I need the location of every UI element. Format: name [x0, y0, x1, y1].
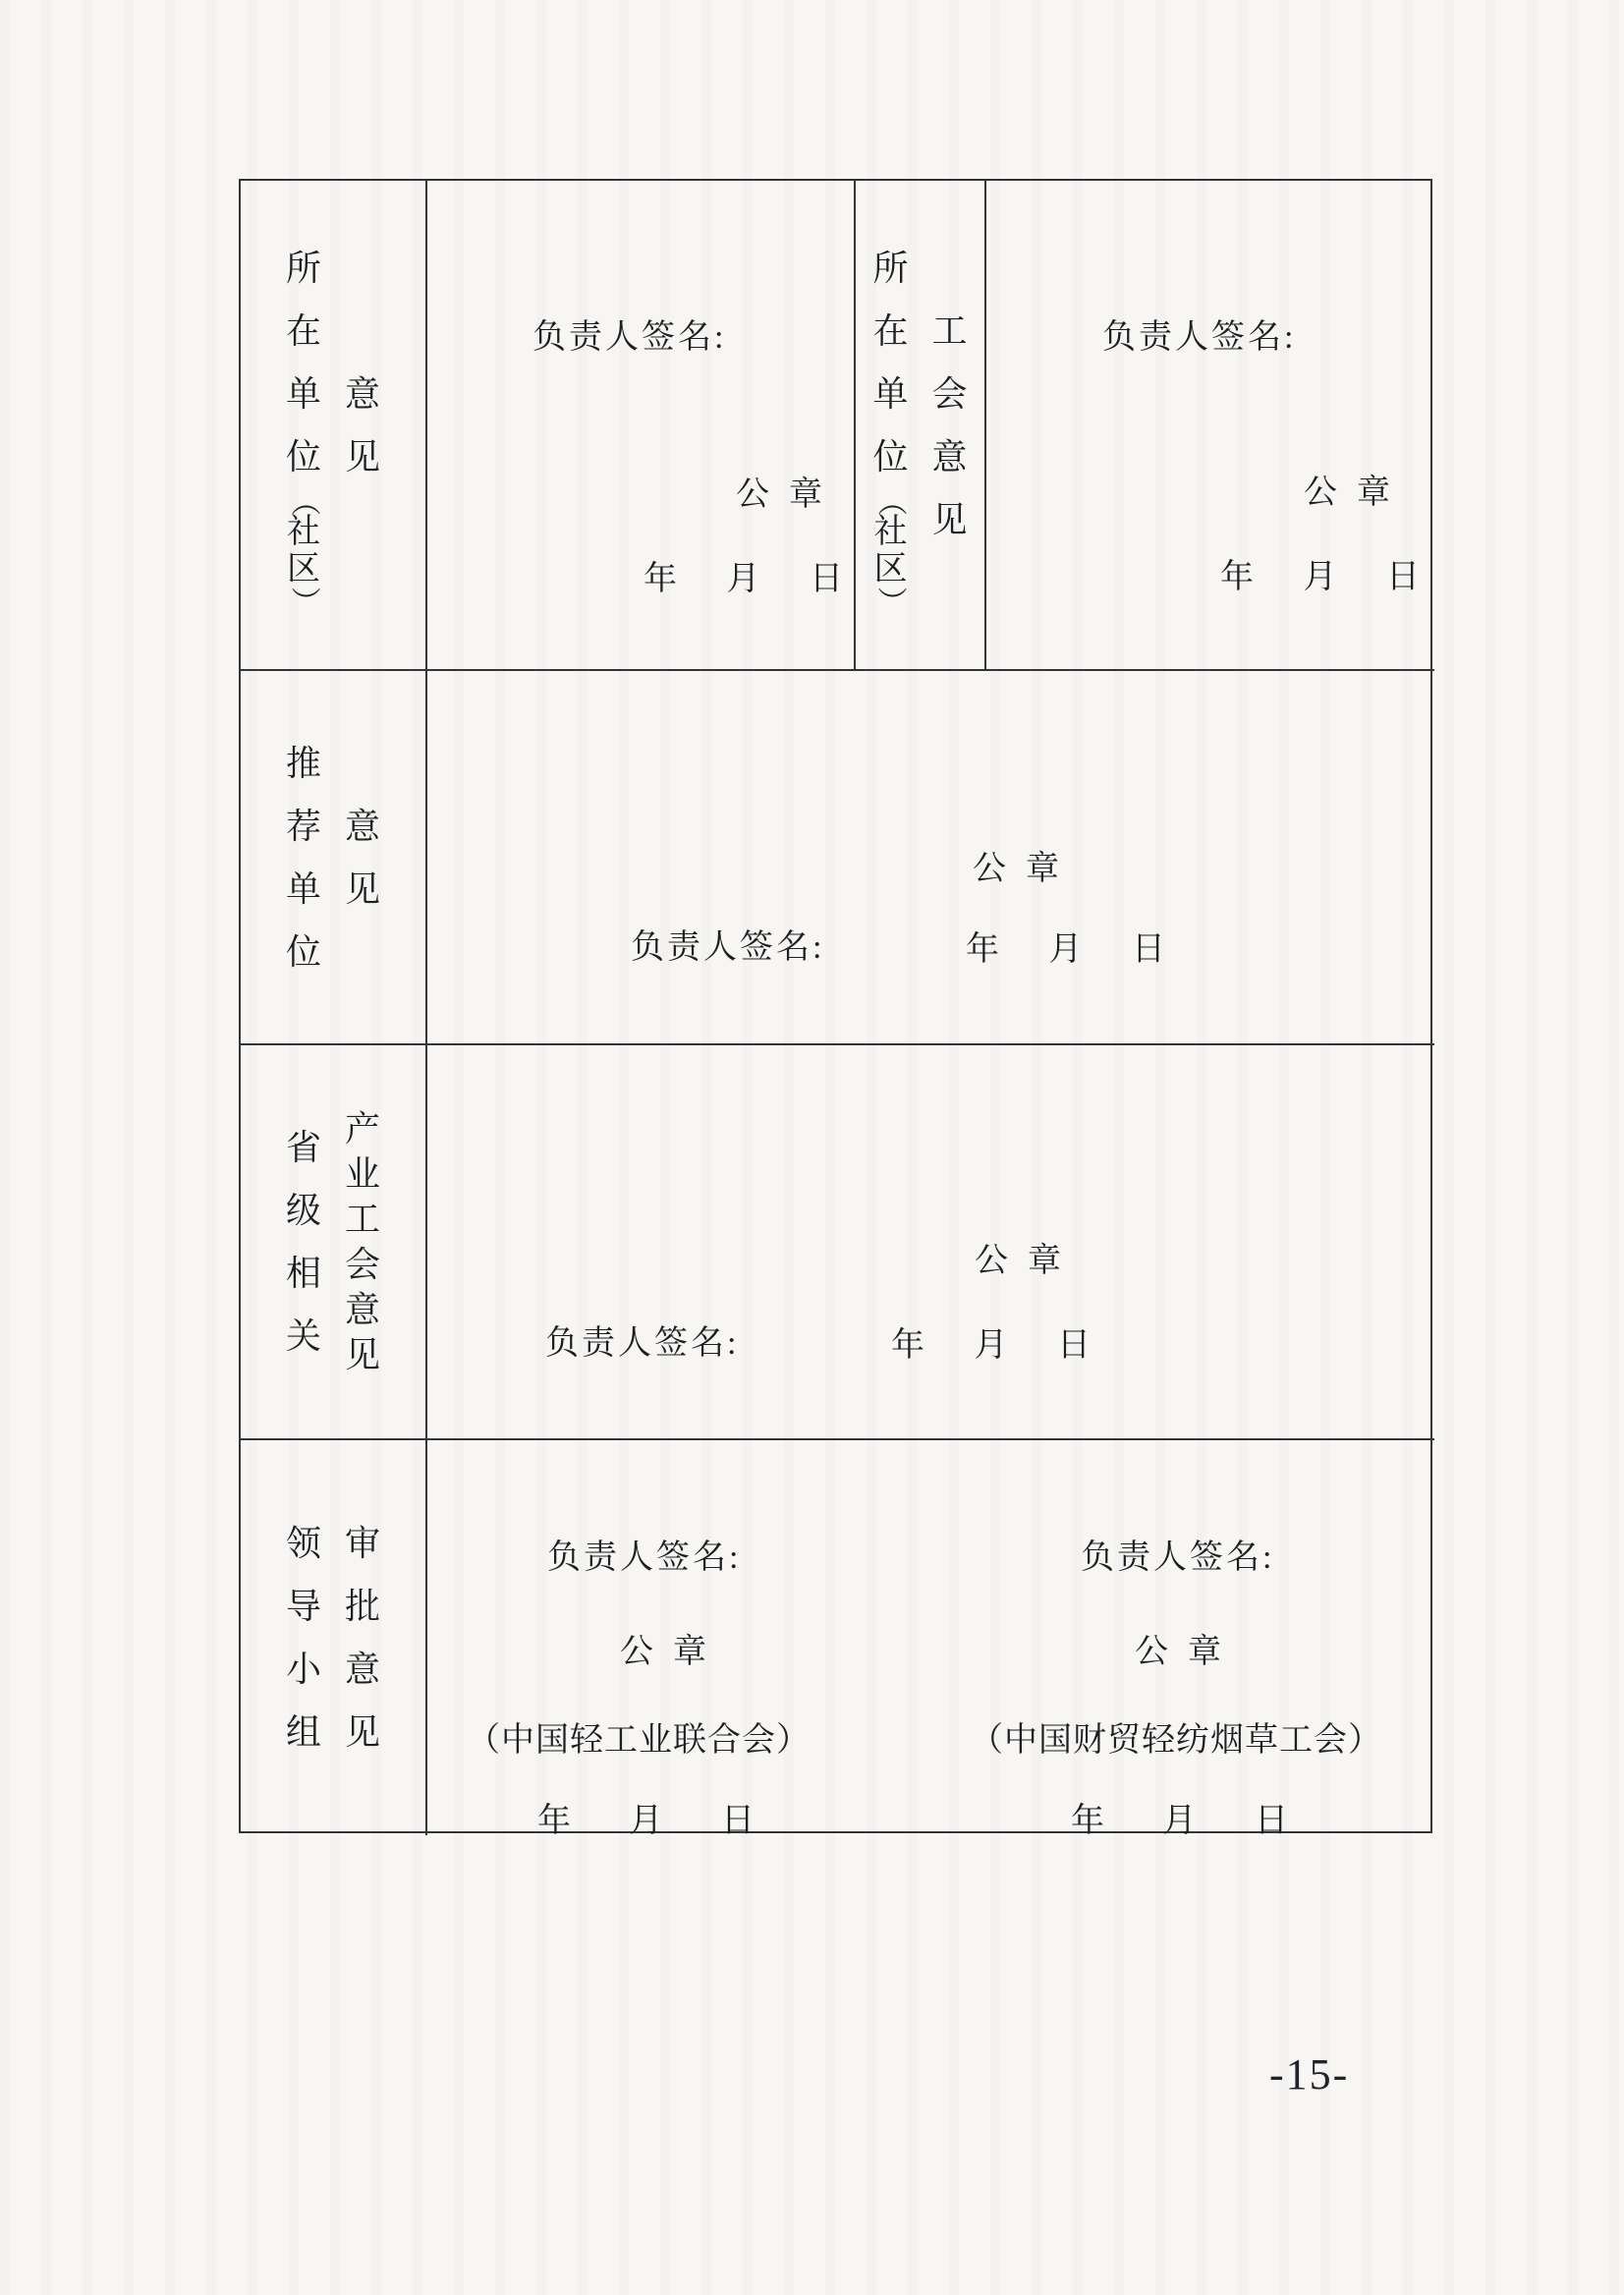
header-unit-opinion: 所在单位（社区） 意见 — [241, 181, 427, 671]
signature-label: 负责人签名: — [547, 1539, 741, 1577]
org-name-label: （中国轻工业联合会） — [467, 1721, 811, 1760]
date-label: 年 月 日 — [891, 1326, 1093, 1365]
cell-unit-opinion-content: 负责人签名: 公章 年 月 日 — [427, 181, 856, 671]
header-sub-text: 审批意见 — [345, 1512, 380, 1763]
header-sub-text: 工会意见 — [932, 300, 968, 551]
header-provincial-union-opinion: 省级相关 产业工会意见 — [241, 1045, 427, 1440]
header-main-text: 推荐单位 — [286, 732, 321, 983]
cell-leading-group-content: 负责人签名: 公章 （中国轻工业联合会） 年 月 日 负责人签名: 公章 （中国… — [427, 1440, 1434, 1835]
header-sub-text: 产业工会意见 — [345, 1106, 380, 1377]
seal-label: 公章 — [1304, 474, 1410, 512]
date-label: 年 月 日 — [966, 930, 1168, 969]
signature-label: 负责人签名: — [631, 928, 824, 967]
header-unit-union-opinion: 所在单位（社区） 工会意见 — [856, 181, 986, 671]
seal-label: 公章 — [973, 850, 1079, 888]
date-label: 年 月 日 — [1220, 558, 1423, 596]
header-leading-group-approval: 领导小组 审批意见 — [241, 1440, 427, 1835]
signature-label: 负责人签名: — [1102, 318, 1296, 357]
header-main-text: 领导小组 — [286, 1512, 321, 1763]
cell-provincial-union-content: 公章 负责人签名: 年 月 日 — [427, 1045, 1434, 1440]
signature-label: 负责人签名: — [1081, 1539, 1274, 1577]
header-sub-text: 意见 — [345, 363, 380, 488]
seal-label: 公章 — [975, 1242, 1081, 1280]
header-main-text: 所在单位（社区） — [872, 237, 908, 614]
approval-opinions-table: 所在单位（社区） 意见 负责人签名: 公章 年 月 日 所在单位（社区） 工会意… — [239, 179, 1432, 1833]
cell-recommending-unit-content: 公章 负责人签名: 年 月 日 — [427, 671, 1434, 1045]
date-label: 年 月 日 — [1071, 1802, 1291, 1840]
date-label: 年 月 日 — [537, 1802, 757, 1840]
seal-label: 公章 — [620, 1633, 726, 1671]
header-main-text: 所在单位（社区） — [286, 237, 321, 614]
seal-label: 公章 — [736, 476, 842, 514]
signature-label: 负责人签名: — [545, 1324, 739, 1363]
page-number: -15- — [1269, 2049, 1349, 2099]
header-main-text: 省级相关 — [286, 1116, 321, 1368]
header-recommending-unit-opinion: 推荐单位 意见 — [241, 671, 427, 1045]
seal-label: 公章 — [1135, 1633, 1241, 1671]
header-sub-text: 意见 — [345, 795, 380, 921]
org-name-label: （中国财贸轻纺烟草工会） — [970, 1721, 1382, 1760]
date-label: 年 月 日 — [644, 560, 846, 598]
scanned-approval-form-page: 所在单位（社区） 意见 负责人签名: 公章 年 月 日 所在单位（社区） 工会意… — [0, 0, 1624, 2295]
signature-label: 负责人签名: — [532, 318, 726, 357]
cell-unit-union-opinion-content: 负责人签名: 公章 年 月 日 — [986, 181, 1434, 671]
